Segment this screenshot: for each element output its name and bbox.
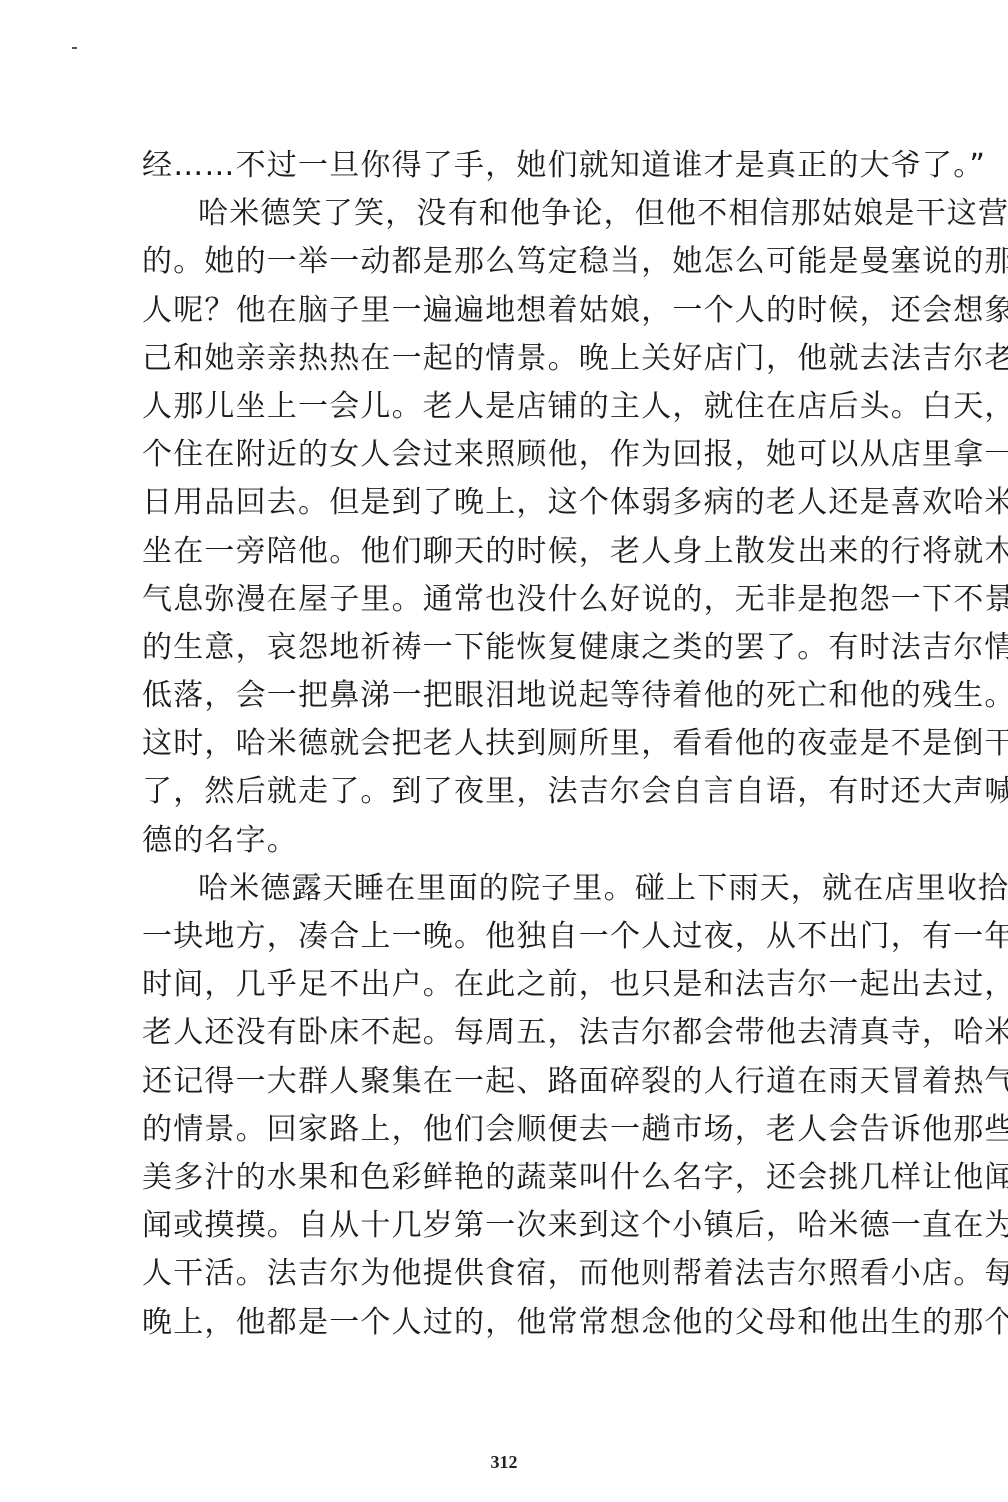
text-line: 这时，哈米德就会把老人扶到厕所里，看看他的夜壶是不是倒干净 <box>142 720 854 768</box>
text-line: 气息弥漫在屋子里。通常也没什么好说的，无非是抱怨一下不景气 <box>142 576 854 624</box>
text-line: 人那儿坐上一会儿。老人是店铺的主人，就住在店后头。白天，一 <box>142 383 854 431</box>
text-line: 的。她的一举一动都是那么笃定稳当，她怎么可能是曼塞说的那种 <box>142 238 854 286</box>
text-line: 美多汁的水果和色彩鲜艳的蔬菜叫什么名字，还会挑几样让他闻 <box>142 1154 854 1202</box>
text-line: 晚上，他都是一个人过的，他常常想念他的父母和他出生的那个小 <box>142 1299 854 1347</box>
text-line: 德的名字。 <box>142 817 854 865</box>
text-line-paragraph-start: 哈米德笑了笑，没有和他争论，但他不相信那姑娘是干这营生 <box>142 190 854 238</box>
text-line: 个住在附近的女人会过来照顾他，作为回报，她可以从店里拿一些 <box>142 431 854 479</box>
text-line: 了，然后就走了。到了夜里，法吉尔会自言自语，有时还大声喊哈米 <box>142 768 854 816</box>
text-line: 的情景。回家路上，他们会顺便去一趟市场，老人会告诉他那些甘 <box>142 1106 854 1154</box>
text-line: 坐在一旁陪他。他们聊天的时候，老人身上散发出来的行将就木的 <box>142 528 854 576</box>
text-line: 己和她亲亲热热在一起的情景。晚上关好店门，他就去法吉尔老 <box>142 335 854 383</box>
text-line: 的生意，哀怨地祈祷一下能恢复健康之类的罢了。有时法吉尔情绪 <box>142 624 854 672</box>
text-line: 低落，会一把鼻涕一把眼泪地说起等待着他的死亡和他的残生。 <box>142 672 854 720</box>
page-number: 312 <box>0 1452 1008 1473</box>
text-line: 经……不过一旦你得了手，她们就知道谁才是真正的大爷了。” <box>142 142 854 190</box>
text-line: 还记得一大群人聚集在一起、路面碎裂的人行道在雨天冒着热气 <box>142 1058 854 1106</box>
text-line: 一块地方，凑合上一晚。他独自一个人过夜，从不出门，有一年多的 <box>142 913 854 961</box>
body-text: 经……不过一旦你得了手，她们就知道谁才是真正的大爷了。” 哈米德笑了笑，没有和他… <box>142 142 854 1347</box>
text-line: 人呢？他在脑子里一遍遍地想着姑娘，一个人的时候，还会想象自 <box>142 287 854 335</box>
text-line: 日用品回去。但是到了晚上，这个体弱多病的老人还是喜欢哈米德 <box>142 479 854 527</box>
text-line: 闻或摸摸。自从十几岁第一次来到这个小镇后，哈米德一直在为老 <box>142 1202 854 1250</box>
text-line: 人干活。法吉尔为他提供食宿，而他则帮着法吉尔照看小店。每天 <box>142 1250 854 1298</box>
text-line-paragraph-start: 哈米德露天睡在里面的院子里。碰上下雨天，就在店里收拾出 <box>142 865 854 913</box>
text-line: 老人还没有卧床不起。每周五，法吉尔都会带他去清真寺，哈米德 <box>142 1009 854 1057</box>
scan-artifact-mark <box>72 47 77 49</box>
text-line: 时间，几乎足不出户。在此之前，也只是和法吉尔一起出去过，那时 <box>142 961 854 1009</box>
